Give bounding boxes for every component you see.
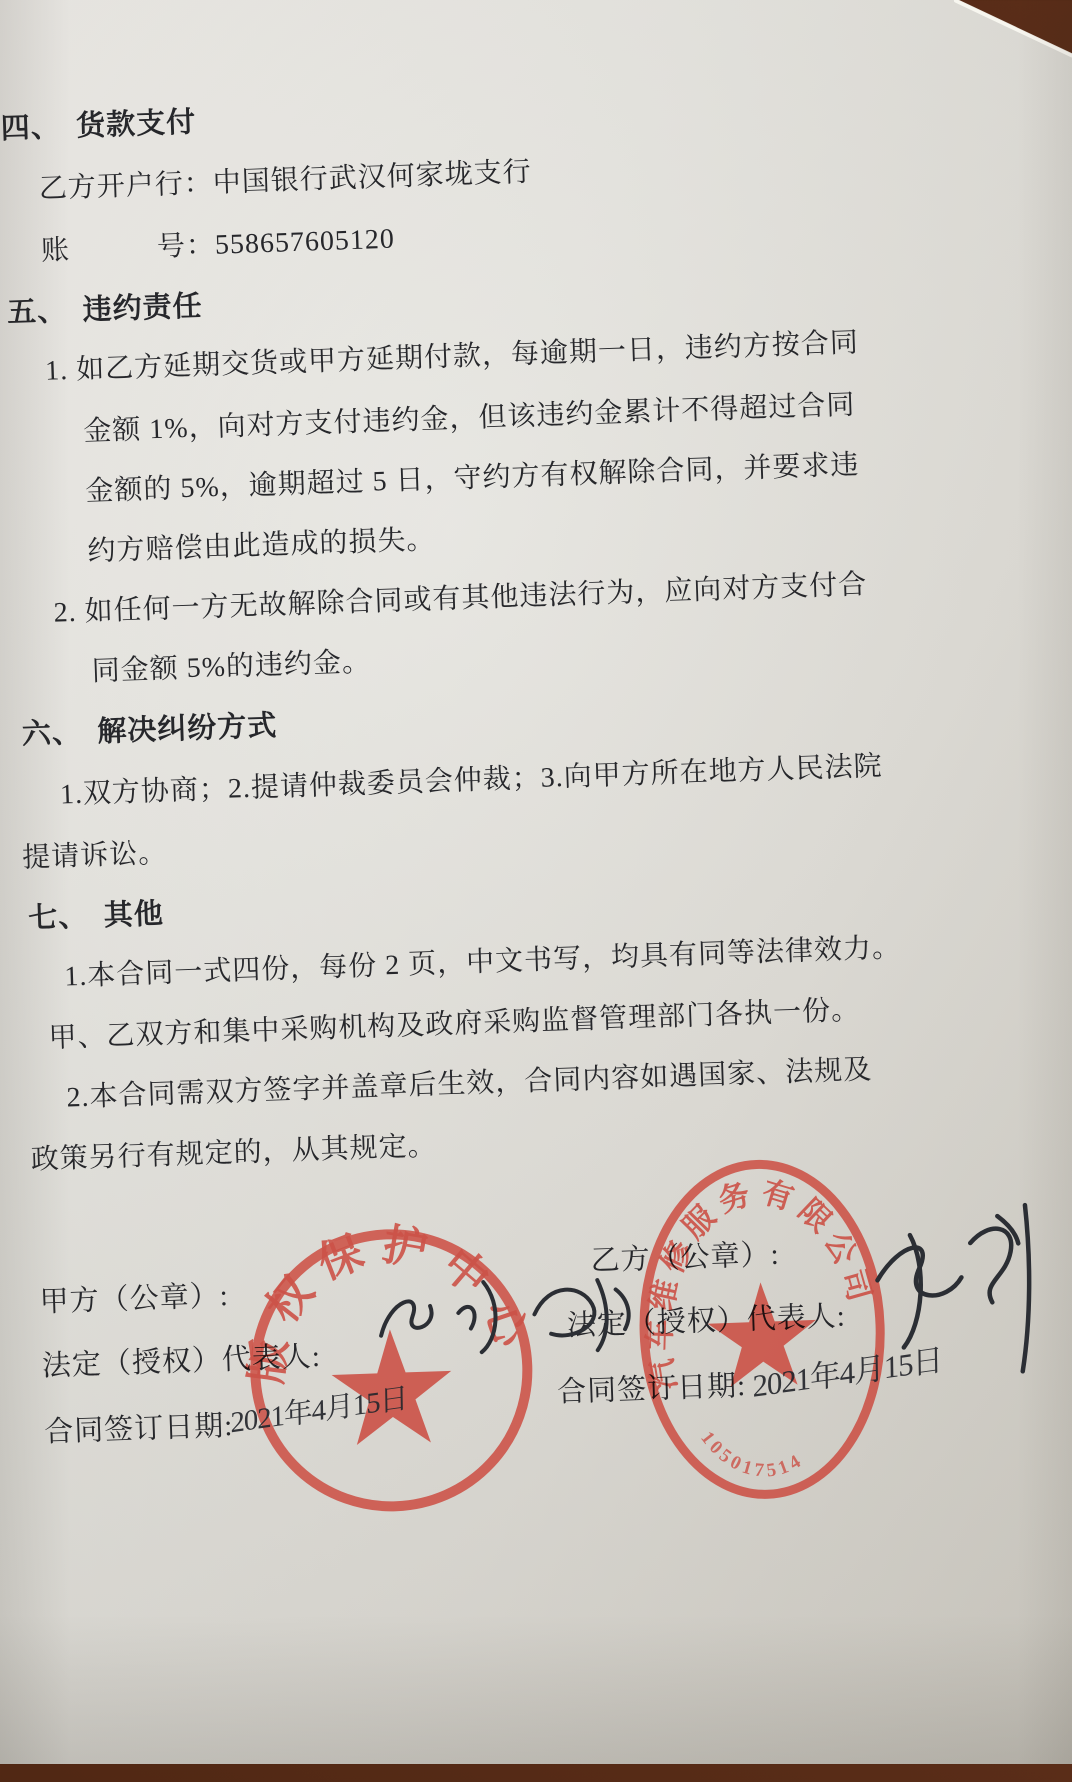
other-clause-1-line-1: 1.本合同一式四份，每份 2 页，中文书写，均具有同等法律效力。 (64, 925, 902, 994)
contract-page-content: 四、 货款支付 乙方开户行：中国银行武汉何家垅支行 账 号：5586576051… (0, 0, 1072, 1764)
dispute-clause-line-2: 提请诉讼。 (21, 831, 167, 876)
contract-paper-sheet: 四、 货款支付 乙方开户行：中国银行武汉何家垅支行 账 号：5586576051… (0, 0, 1072, 1764)
section-heading-payment: 四、 货款支付 (0, 99, 197, 147)
party-a-signature (364, 1248, 648, 1378)
other-clause-2-line-2: 政策另行有规定的，从其规定。 (30, 1124, 437, 1178)
breach-clause-1-line-2: 金额 1%，向对方支付违约金，但该违约金累计不得超过合同 (83, 383, 856, 450)
account-number-line: 账 号：558657605120 (40, 217, 395, 269)
section-heading-other: 七、 其他 (28, 891, 165, 937)
section-heading-dispute: 六、 解决纠纷方式 (21, 703, 278, 753)
breach-clause-1-line-3: 金额的 5%，逾期超过 5 日，守约方有权解除合同，并要求违 (85, 442, 860, 509)
dispute-clause-line-1: 1.双方协商；2.提请仲裁委员会仲裁；3.向甲方所在地方人民法院 (59, 744, 883, 813)
party-a-date-label: 合同签订日期: (43, 1403, 233, 1451)
other-clause-1-line-2: 甲、乙双方和集中采购机构及政府采购监督管理部门各执一份。 (48, 988, 861, 1056)
other-clause-2-line-1: 2.本合同需双方签字并盖章后生效，合同内容如遇国家、法规及 (66, 1047, 873, 1115)
party-b-signature (846, 1178, 1072, 1396)
breach-clause-2-line-2: 同金额 5%的违约金。 (91, 640, 372, 690)
breach-clause-2-line-1: 2. 如任何一方无故解除合同或有其他违法行为，应向对方支付合 (53, 562, 868, 630)
bank-line: 乙方开户行：中国银行武汉何家垅支行 (38, 150, 532, 207)
section-heading-breach: 五、 违约责任 (6, 283, 203, 331)
breach-clause-1-line-1: 1. 如乙方延期交货或甲方延期付款，每逾期一日，违约方按合同 (44, 320, 859, 388)
party-a-seal-label: 甲方（公章）: (39, 1273, 229, 1321)
breach-clause-1-line-4: 约方赔偿由此造成的损失。 (87, 517, 436, 569)
photo-of-contract-page: { "colors": { "table_wood": "#46220f", "… (0, 0, 1072, 1764)
